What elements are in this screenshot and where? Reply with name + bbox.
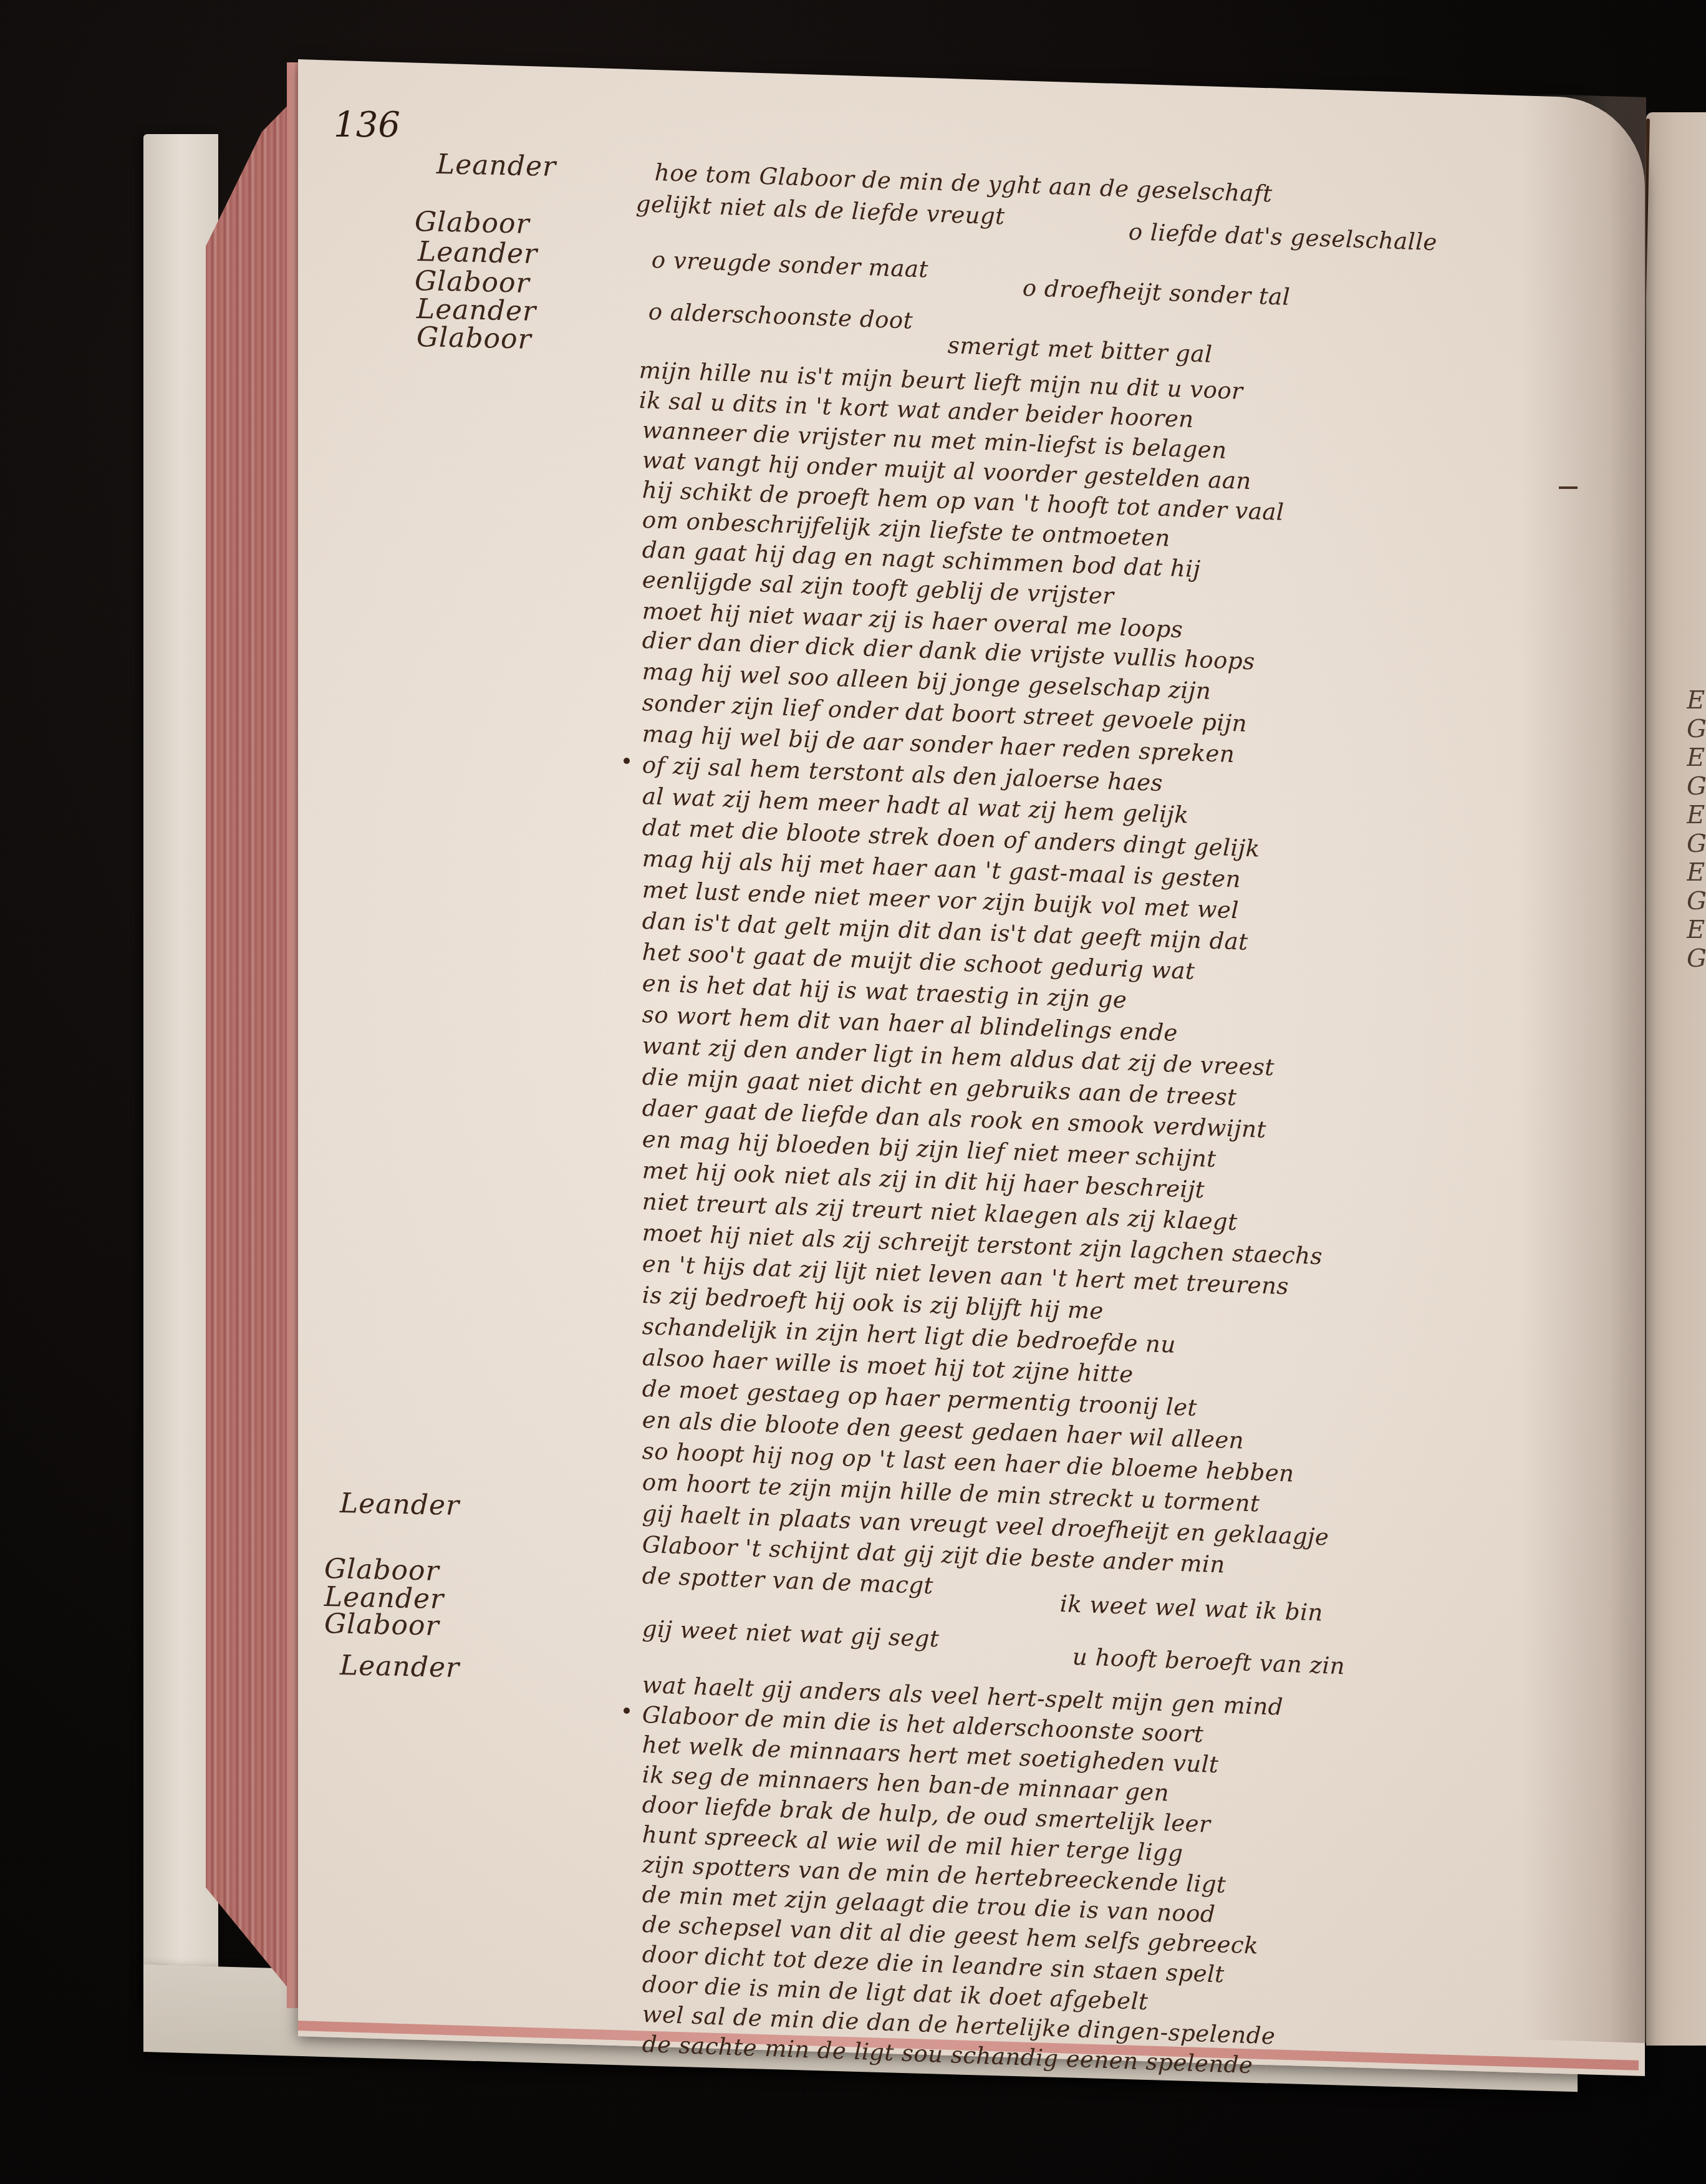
ink-dot-mark xyxy=(624,1708,630,1714)
facing-page-text-fragments: EGEGEGEGEG xyxy=(1687,686,1706,973)
speaker-name-leander: Leander xyxy=(339,1650,460,1684)
facing-page-letter: E xyxy=(1687,801,1706,829)
red-edged-page-stack xyxy=(206,94,299,2002)
speaker-name-glaboor: Glaboor xyxy=(416,321,532,355)
facing-page-letter: G xyxy=(1687,887,1706,916)
speaker-name-glaboor: Glaboor xyxy=(324,1608,440,1642)
ink-dot-mark xyxy=(624,758,630,764)
speaker-name-glaboor: Glaboor xyxy=(414,206,530,240)
facing-page-letter: E xyxy=(1687,743,1706,772)
facing-page-letter: G xyxy=(1687,944,1706,973)
facing-page-letter: E xyxy=(1687,686,1706,715)
facing-page-letter: G xyxy=(1687,715,1706,743)
page-number: 136 xyxy=(334,105,400,145)
speaker-name-leander: Leander xyxy=(339,1487,460,1522)
facing-page-letter: G xyxy=(1687,829,1706,858)
facing-page-letter: G xyxy=(1687,772,1706,801)
facing-page-letter: E xyxy=(1687,916,1706,944)
facing-page-letter: E xyxy=(1687,858,1706,887)
speaker-name-leander: Leander xyxy=(436,148,556,183)
facing-page xyxy=(1646,112,1706,2046)
ink-dash-mark xyxy=(1559,486,1578,489)
